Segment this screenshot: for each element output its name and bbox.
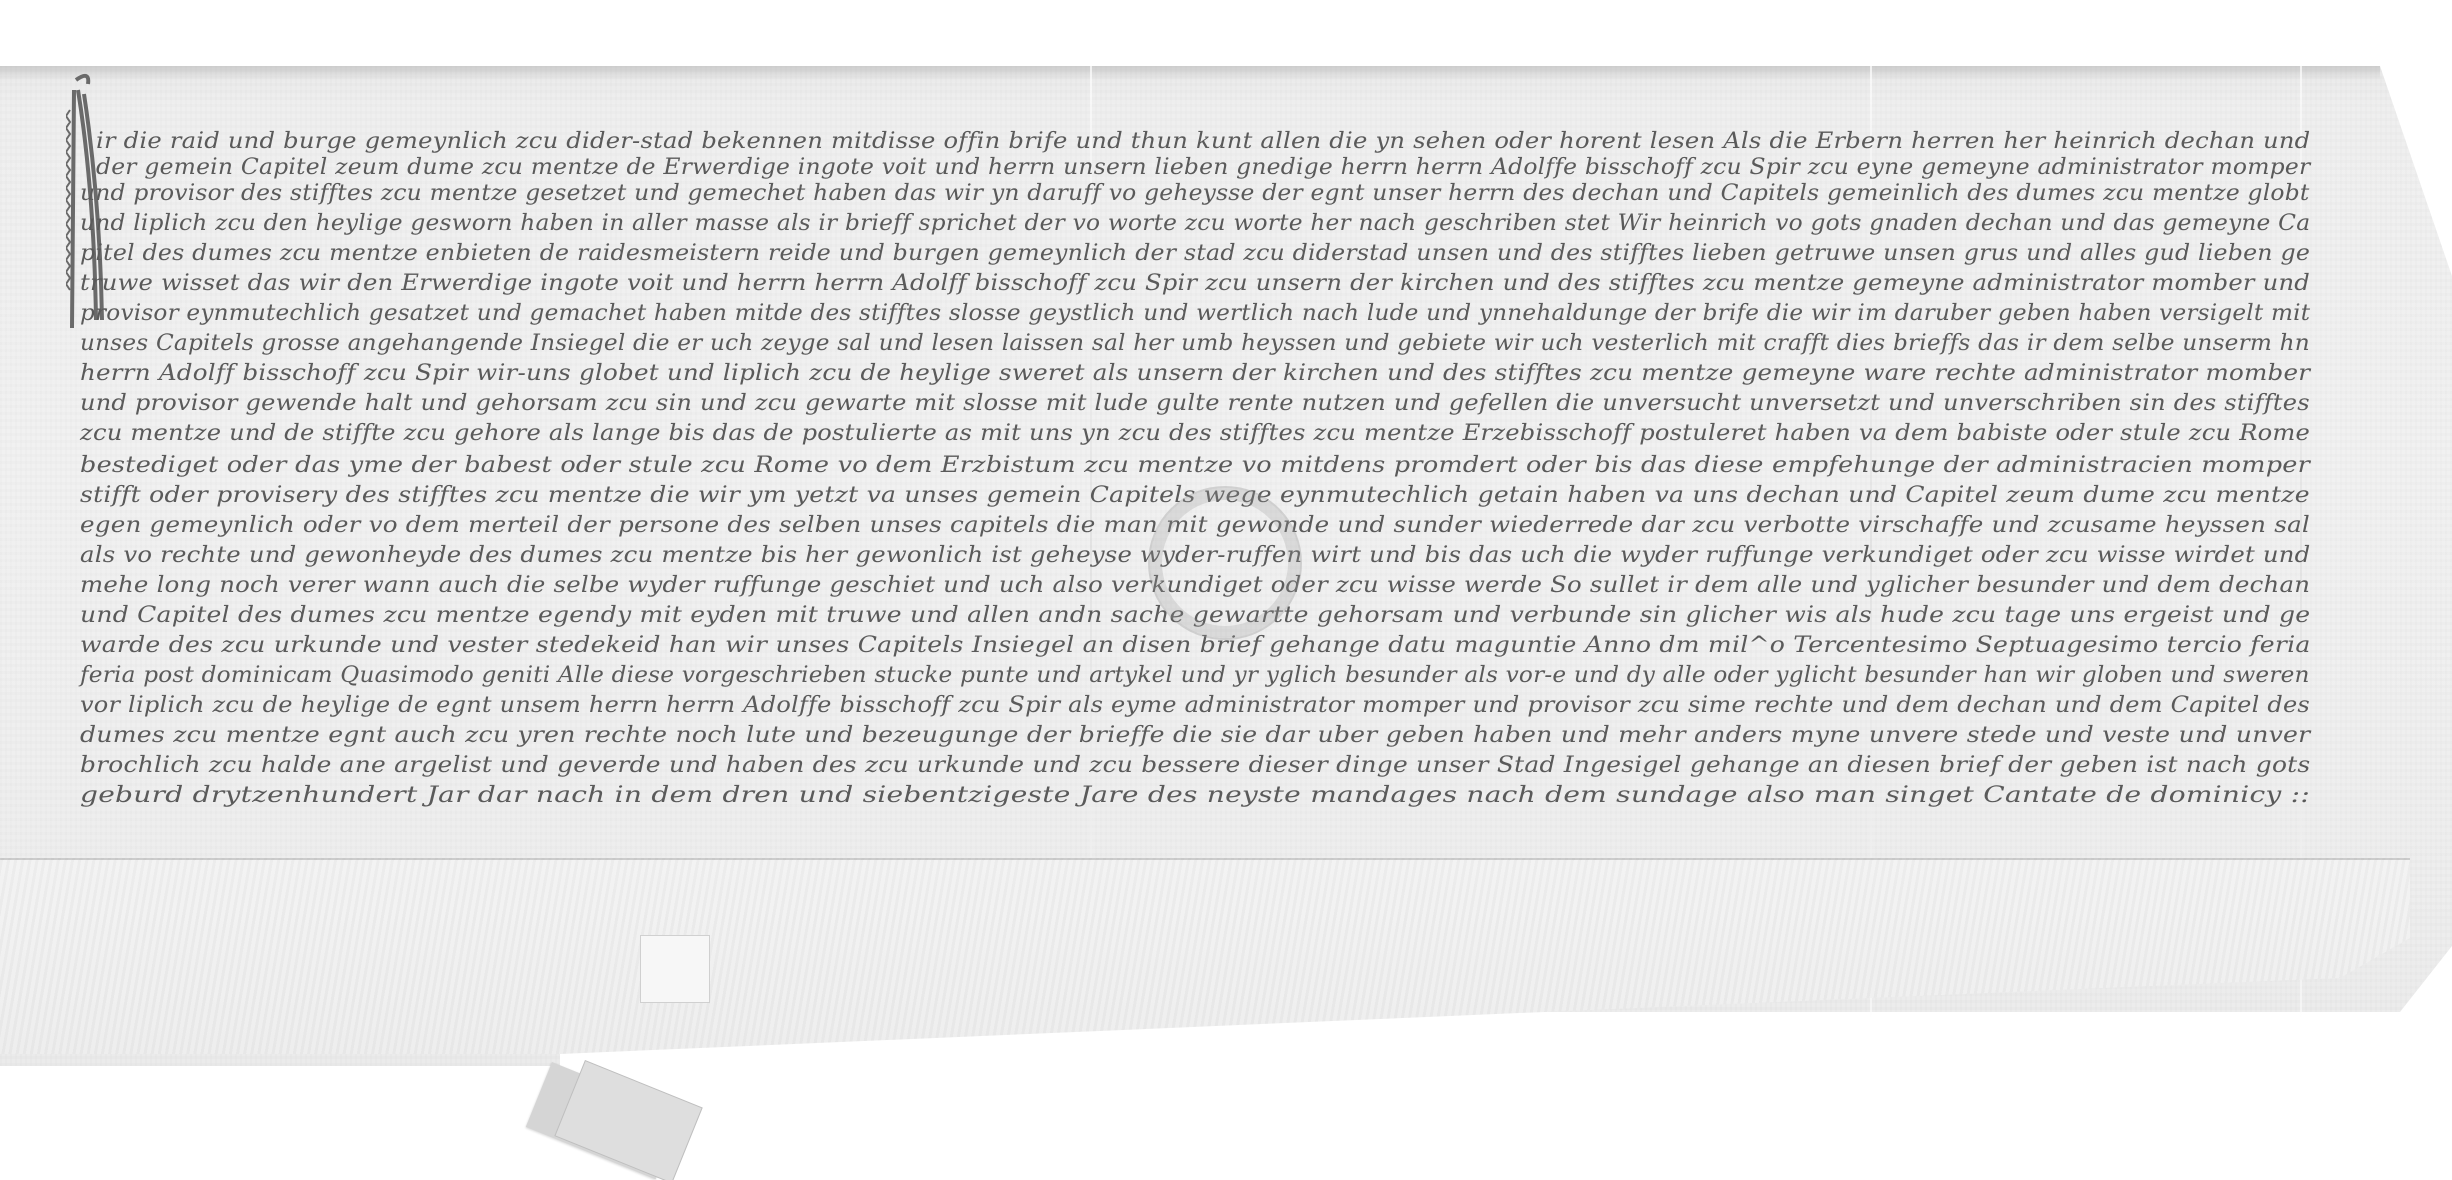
text-line: provisor eynmutechlich gesatzet und gema…	[80, 300, 2310, 326]
text-line: dumes zcu mentze egnt auch zcu yren rech…	[80, 722, 2310, 748]
text-line: bestediget oder das yme der babest oder …	[80, 452, 2310, 478]
text-line: zcu mentze und de stiffte zcu gehore als…	[80, 420, 2310, 446]
text-line: herrn Adolff bisschoff zcu Spir wir-uns …	[80, 360, 2310, 386]
text-line: und provisor gewende halt und gehorsam z…	[80, 390, 2310, 416]
text-line: pitel des dumes zcu mentze enbieten de r…	[80, 240, 2310, 266]
charter-scan: ir die raid und burge gemeynlich zcu did…	[0, 0, 2452, 1180]
text-line: unses Capitels grosse angehangende Insie…	[80, 330, 2310, 356]
text-line: vor liplich zcu de heylige de egnt unsem…	[80, 692, 2310, 718]
text-line: truwe wisset das wir den Erwerdige ingot…	[80, 270, 2310, 296]
plica-fold	[0, 858, 2410, 1056]
archive-stamp-label: circular archive stamp (faint)	[1150, 488, 1300, 638]
seal-tag-fold	[554, 1060, 702, 1180]
text-line: ir die raid und burge gemeynlich zcu did…	[96, 128, 2310, 154]
text-line: der gemein Capitel zeum dume zcu mentze …	[96, 154, 2310, 180]
parchment-top-edge	[0, 66, 2380, 80]
text-line: und provisor des stifftes zcu mentze ges…	[80, 180, 2309, 206]
archive-stamp: circular archive stamp (faint)	[1148, 486, 1302, 640]
text-line: und liplich zcu den heylige gesworn habe…	[80, 210, 2310, 236]
text-line: brochlich zcu halde ane argelist und gev…	[80, 752, 2310, 778]
text-line: feria post dominicam Quasimodo geniti Al…	[80, 662, 2310, 688]
text-line: geburd drytzenhundert Jar dar nach in de…	[80, 782, 2310, 808]
seal-slot	[640, 935, 710, 1003]
